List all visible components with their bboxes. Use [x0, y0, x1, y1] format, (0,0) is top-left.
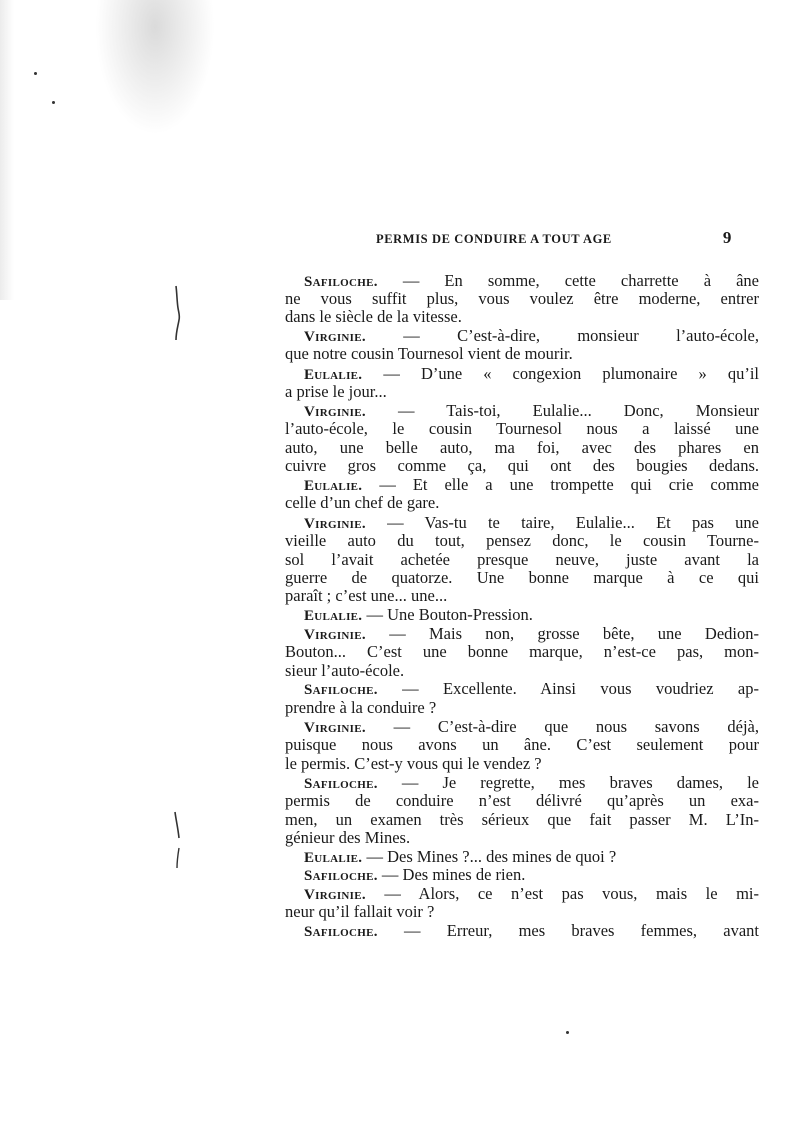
dialogue-line-speaker: Safiloche. — Des mines de rien. — [304, 865, 759, 884]
line-text: le permis. C’est-y vous qui le vendez ? — [285, 754, 542, 773]
line-text: que notre cousin Tournesol vient de mour… — [285, 344, 573, 363]
margin-pencil-mark — [170, 284, 186, 344]
speaker-name: Eulalie. — [304, 608, 362, 624]
dialogue-line: le permis. C’est-y vous qui le vendez ? — [285, 754, 759, 773]
line-text: paraît ; c’est une... une... — [285, 586, 447, 605]
line-text: sol l’avait achetée presque neuve, juste… — [285, 550, 759, 569]
scan-shadow — [95, 0, 215, 135]
line-text: Bouton... C’est une bonne marque, n’est-… — [285, 642, 759, 661]
page-edge-shading — [0, 0, 14, 300]
dialogue-line: guerre de quatorze. Une bonne marque à c… — [285, 568, 759, 587]
line-text: men, un examen très sérieux que fait pas… — [285, 810, 759, 829]
dialogue-line-speaker: Virginie. — Tais-toi, Eulalie... Donc, M… — [304, 401, 759, 420]
dialogue-line: que notre cousin Tournesol vient de mour… — [285, 344, 759, 363]
line-text: l’auto-école, le cousin Tournesol nous a… — [285, 419, 759, 438]
dialogue-line-speaker: Eulalie. — Des Mines ?... des mines de q… — [304, 847, 759, 866]
margin-pencil-mark — [170, 810, 186, 872]
line-text: vieille auto du tout, pensez donc, le co… — [285, 531, 759, 550]
dialogue-line-speaker: Safiloche. — Erreur, mes braves femmes, … — [304, 921, 759, 940]
line-text: neur qu’il fallait voir ? — [285, 902, 434, 921]
speaker-name: Safiloche. — [304, 924, 378, 940]
line-text: — Et elle a une trompette qui crie comme — [362, 475, 759, 494]
dialogue-line: l’auto-école, le cousin Tournesol nous a… — [285, 419, 759, 438]
dialogue-line: permis de conduire n’est délivré qu’aprè… — [285, 791, 759, 810]
speaker-name: Eulalie. — [304, 478, 362, 494]
line-text: — Erreur, mes braves femmes, avant — [378, 921, 759, 940]
ink-speck — [566, 1031, 569, 1034]
line-text: sieur l’auto-école. — [285, 661, 404, 680]
speaker-name: Eulalie. — [304, 850, 362, 866]
speaker-name: Virginie. — [304, 887, 366, 903]
speaker-name: Virginie. — [304, 329, 366, 345]
dialogue-line-speaker: Virginie. — C’est-à-dire que nous savons… — [304, 717, 759, 736]
line-text: a prise le jour... — [285, 382, 387, 401]
dialogue-line: sol l’avait achetée presque neuve, juste… — [285, 550, 759, 569]
dialogue-line-speaker: Eulalie. — Et elle a une trompette qui c… — [304, 475, 759, 494]
line-text: cuivre gros comme ça, qui ont des bougie… — [285, 456, 759, 475]
line-text: celle d’un chef de gare. — [285, 493, 439, 512]
dialogue-line-speaker: Virginie. — C’est-à-dire, monsieur l’aut… — [304, 326, 759, 345]
dialogue-line: vieille auto du tout, pensez donc, le co… — [285, 531, 759, 550]
dialogue-line: puisque nous avons un âne. C’est seuleme… — [285, 735, 759, 754]
dialogue-line: Bouton... C’est une bonne marque, n’est-… — [285, 642, 759, 661]
dialogue-line: sieur l’auto-école. — [285, 661, 759, 680]
dialogue-line-speaker: Virginie. — Alors, ce n’est pas vous, ma… — [304, 884, 759, 903]
dialogue-line: prendre à la conduire ? — [285, 698, 759, 717]
dialogue-line: génieur des Mines. — [285, 828, 759, 847]
dialogue-line-speaker: Virginie. — Vas-tu te taire, Eulalie... … — [304, 513, 759, 532]
line-text: — Une Bouton-Pression. — [362, 605, 533, 624]
line-text: puisque nous avons un âne. C’est seuleme… — [285, 735, 759, 754]
dialogue-line-speaker: Safiloche. — Excellente. Ainsi vous voud… — [304, 679, 759, 698]
speaker-name: Safiloche. — [304, 274, 378, 290]
dialogue-line-speaker: Eulalie. — Une Bouton-Pression. — [304, 605, 759, 624]
line-text: permis de conduire n’est délivré qu’aprè… — [285, 791, 759, 810]
line-text: — C’est-à-dire, monsieur l’auto-école, — [366, 326, 759, 345]
line-text: guerre de quatorze. Une bonne marque à c… — [285, 568, 759, 587]
dialogue-line-speaker: Virginie. — Mais non, grosse bête, une D… — [304, 624, 759, 643]
dialogue-line-speaker: Eulalie. — D’une « congexion plumonaire … — [304, 364, 759, 383]
speaker-name: Virginie. — [304, 404, 366, 420]
speaker-name: Virginie. — [304, 516, 366, 532]
ink-speck — [52, 101, 55, 104]
dialogue-line: ne vous suffit plus, vous voulez être mo… — [285, 289, 759, 308]
ink-speck — [34, 72, 37, 75]
line-text: génieur des Mines. — [285, 828, 410, 847]
dialogue-line-speaker: Safiloche. — En somme, cette charrette à… — [304, 271, 759, 290]
dialogue-line: celle d’un chef de gare. — [285, 493, 759, 512]
line-text: — Mais non, grosse bête, une Dedion- — [366, 624, 759, 643]
speaker-name: Safiloche. — [304, 776, 378, 792]
dialogue-line: men, un examen très sérieux que fait pas… — [285, 810, 759, 829]
line-text: — D’une « congexion plumonaire » qu’il — [362, 364, 759, 383]
running-head-title: PERMIS DE CONDUIRE A TOUT AGE — [376, 232, 612, 247]
line-text: prendre à la conduire ? — [285, 698, 436, 717]
dialogue-line: a prise le jour... — [285, 382, 759, 401]
line-text: — En somme, cette charrette à âne — [378, 271, 759, 290]
line-text: — Des mines de rien. — [378, 865, 526, 884]
speaker-name: Virginie. — [304, 720, 366, 736]
dialogue-line: paraît ; c’est une... une... — [285, 586, 759, 605]
line-text: — Vas-tu te taire, Eulalie... Et pas une — [366, 513, 759, 532]
dialogue-line: auto, une belle auto, ma foi, avec des p… — [285, 438, 759, 457]
line-text: — Tais-toi, Eulalie... Donc, Monsieur — [366, 401, 759, 420]
speaker-name: Safiloche. — [304, 682, 378, 698]
line-text: — Je regrette, mes braves dames, le — [378, 773, 759, 792]
speaker-name: Safiloche. — [304, 868, 378, 884]
page-number: 9 — [723, 228, 732, 248]
line-text: — Excellente. Ainsi vous voudriez ap- — [378, 679, 759, 698]
dialogue-line: cuivre gros comme ça, qui ont des bougie… — [285, 456, 759, 475]
line-text: auto, une belle auto, ma foi, avec des p… — [285, 438, 759, 457]
line-text: — Des Mines ?... des mines de quoi ? — [362, 847, 616, 866]
line-text: dans le siècle de la vitesse. — [285, 307, 462, 326]
speaker-name: Eulalie. — [304, 367, 362, 383]
running-header: PERMIS DE CONDUIRE A TOUT AGE 9 — [376, 230, 734, 250]
line-text: — C’est-à-dire que nous savons déjà, — [366, 717, 759, 736]
speaker-name: Virginie. — [304, 627, 366, 643]
line-text: — Alors, ce n’est pas vous, mais le mi- — [366, 884, 759, 903]
dialogue-line: dans le siècle de la vitesse. — [285, 307, 759, 326]
dialogue-line-speaker: Safiloche. — Je regrette, mes braves dam… — [304, 773, 759, 792]
line-text: ne vous suffit plus, vous voulez être mo… — [285, 289, 759, 308]
dialogue-line: neur qu’il fallait voir ? — [285, 902, 759, 921]
